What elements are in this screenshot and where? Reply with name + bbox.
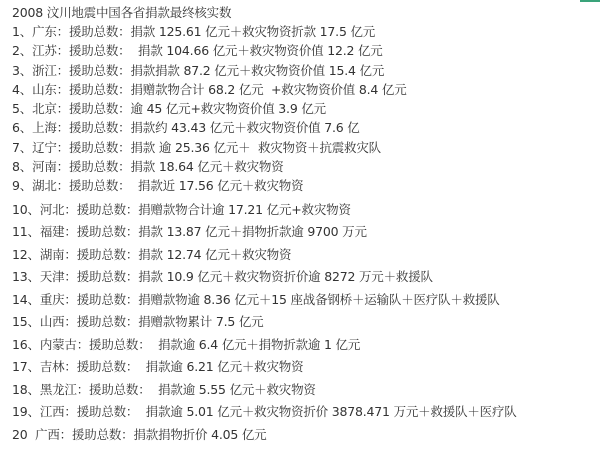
entry-index: 15、 xyxy=(12,314,40,329)
entry-row: 2、江苏：援助总数： 捐款 104.66 亿元＋救灾物资价值 12.2 亿元 xyxy=(12,41,600,60)
entry-detail: 捐款逾 6.21 亿元＋救灾物资 xyxy=(138,359,303,374)
entry-province: 重庆 xyxy=(40,292,65,307)
entry-province: 山东 xyxy=(32,82,57,97)
entry-province: 福建 xyxy=(40,224,65,239)
entry-detail: 捐款捐款 87.2 亿元＋救灾物资价值 15.4 亿元 xyxy=(131,63,385,78)
entry-index: 12、 xyxy=(12,247,40,262)
entry-province: 上海 xyxy=(32,120,57,135)
entry-detail: 捐款 125.61 亿元＋救灾物资折款 17.5 亿元 xyxy=(131,24,376,39)
entry-label: 援助总数： xyxy=(77,247,139,262)
entry-detail: 捐赠款物合计逾 17.21 亿元+救灾物资 xyxy=(138,202,351,217)
entry-separator: ： xyxy=(57,82,69,97)
entry-province: 广东 xyxy=(32,24,57,39)
entry-detail: 捐款 逾 25.36 亿元＋ 救灾物资＋抗震救灾队 xyxy=(131,140,381,155)
entry-index: 18、 xyxy=(12,382,40,397)
entry-index: 13、 xyxy=(12,269,40,284)
entry-separator: ： xyxy=(64,247,76,262)
entry-detail: 捐款近 17.56 亿元＋救灾物资 xyxy=(131,178,304,193)
entry-province: 江西 xyxy=(40,404,65,419)
entry-separator: ： xyxy=(64,314,76,329)
entry-province: 广西 xyxy=(35,427,60,442)
entry-province: 天津 xyxy=(40,269,65,284)
entry-detail: 捐赠款物合计 68.2 亿元 +救灾物资价值 8.4 亿元 xyxy=(131,82,407,97)
entry-detail: 捐款 104.66 亿元＋救灾物资价值 12.2 亿元 xyxy=(131,43,383,58)
entry-detail: 捐款逾 6.4 亿元＋捐物折款逾 1 亿元 xyxy=(151,337,361,352)
entry-label: 援助总数： xyxy=(69,63,131,78)
entry-separator: ： xyxy=(57,159,69,174)
entry-label: 援助总数： xyxy=(77,202,139,217)
entry-label: 援助总数： xyxy=(77,314,139,329)
entry-index: 9、 xyxy=(12,178,32,193)
entry-index: 5、 xyxy=(12,101,32,116)
entry-detail: 逾 45 亿元+救灾物资价值 3.9 亿元 xyxy=(131,101,326,116)
entry-label: 援助总数： xyxy=(69,24,131,39)
entry-detail: 捐款捐物折价 4.05 亿元 xyxy=(134,427,267,442)
entry-separator: ： xyxy=(57,178,69,193)
entry-index: 4、 xyxy=(12,82,32,97)
entry-index: 1、 xyxy=(12,24,32,39)
entry-label: 援助总数： xyxy=(69,178,131,193)
corner-accent-badge xyxy=(580,0,600,2)
entry-separator: ： xyxy=(57,43,69,58)
entry-row: 10、河北：援助总数：捐赠款物合计逾 17.21 亿元+救灾物资 xyxy=(12,199,600,222)
entry-row: 19、江西：援助总数： 捐款逾 5.01 亿元＋救灾物资折价 3878.471 … xyxy=(12,401,600,424)
entry-label: 援助总数： xyxy=(69,140,131,155)
entry-row: 16、内蒙古：援助总数： 捐款逾 6.4 亿元＋捐物折款逾 1 亿元 xyxy=(12,334,600,357)
entry-province: 辽宁 xyxy=(32,140,57,155)
entry-label: 援助总数： xyxy=(72,427,134,442)
entry-province: 吉林 xyxy=(40,359,65,374)
entry-index: 16、 xyxy=(12,337,40,352)
entry-label: 援助总数： xyxy=(77,269,139,284)
entry-detail: 捐款 18.64 亿元＋救灾物资 xyxy=(131,159,284,174)
entry-row: 1、广东：援助总数：捐款 125.61 亿元＋救灾物资折款 17.5 亿元 xyxy=(12,22,600,41)
entry-index: 17、 xyxy=(12,359,40,374)
entry-row: 8、河南：援助总数：捐款 18.64 亿元＋救灾物资 xyxy=(12,157,600,176)
document-body: 2008 汶川地震中国各省捐款最终核实数 1、广东：援助总数：捐款 125.61… xyxy=(12,3,600,446)
entry-separator: ： xyxy=(64,202,76,217)
entry-row: 5、北京：援助总数：逾 45 亿元+救灾物资价值 3.9 亿元 xyxy=(12,99,600,118)
entry-row: 9、湖北：援助总数： 捐款近 17.56 亿元＋救灾物资 xyxy=(12,176,600,195)
entry-label: 援助总数： xyxy=(89,382,151,397)
entry-province: 北京 xyxy=(32,101,57,116)
entry-index: 11、 xyxy=(12,224,40,239)
entry-province: 湖北 xyxy=(32,178,57,193)
entry-index: 8、 xyxy=(12,159,32,174)
entry-index: 20 xyxy=(12,427,35,442)
entry-label: 援助总数： xyxy=(69,120,131,135)
entry-index: 2、 xyxy=(12,43,32,58)
entry-row: 7、辽宁：援助总数：捐款 逾 25.36 亿元＋ 救灾物资＋抗震救灾队 xyxy=(12,138,600,157)
entry-separator: ： xyxy=(64,269,76,284)
entry-province: 黑龙江 xyxy=(40,382,77,397)
entry-separator: ： xyxy=(64,359,76,374)
entry-detail: 捐赠款物逾 8.36 亿元＋15 座战备钢桥＋运输队＋医疗队＋救援队 xyxy=(138,292,499,307)
entry-index: 3、 xyxy=(12,63,32,78)
entry-label: 援助总数： xyxy=(69,82,131,97)
entry-detail: 捐款 10.9 亿元＋救灾物资折价逾 8272 万元＋救援队 xyxy=(138,269,433,284)
entry-detail: 捐款约 43.43 亿元＋救灾物资价值 7.6 亿 xyxy=(131,120,360,135)
entry-province: 河南 xyxy=(32,159,57,174)
entry-separator: ： xyxy=(57,24,69,39)
entry-label: 援助总数： xyxy=(89,337,151,352)
entry-detail: 捐款逾 5.01 亿元＋救灾物资折价 3878.471 万元＋救援队＋医疗队 xyxy=(138,404,516,419)
entry-index: 14、 xyxy=(12,292,40,307)
entry-separator: ： xyxy=(57,63,69,78)
entry-separator: ： xyxy=(57,140,69,155)
entries-group-bottom: 10、河北：援助总数：捐赠款物合计逾 17.21 亿元+救灾物资 11、福建：援… xyxy=(12,199,600,447)
entry-row: 17、吉林：援助总数： 捐款逾 6.21 亿元＋救灾物资 xyxy=(12,356,600,379)
entry-row: 15、山西：援助总数：捐赠款物累计 7.5 亿元 xyxy=(12,311,600,334)
entry-separator: ： xyxy=(64,224,76,239)
entry-detail: 捐款 12.74 亿元＋救灾物资 xyxy=(138,247,291,262)
entry-row: 11、福建：援助总数：捐款 13.87 亿元＋捐物折款逾 9700 万元 xyxy=(12,221,600,244)
entry-index: 19、 xyxy=(12,404,40,419)
entry-label: 援助总数： xyxy=(77,224,139,239)
entry-detail: 捐赠款物累计 7.5 亿元 xyxy=(138,314,263,329)
entries-group-top: 1、广东：援助总数：捐款 125.61 亿元＋救灾物资折款 17.5 亿元 2、… xyxy=(12,22,600,196)
entry-index: 6、 xyxy=(12,120,32,135)
entry-row: 14、重庆：援助总数：捐赠款物逾 8.36 亿元＋15 座战备钢桥＋运输队＋医疗… xyxy=(12,289,600,312)
entry-detail: 捐款 13.87 亿元＋捐物折款逾 9700 万元 xyxy=(138,224,367,239)
entry-label: 援助总数： xyxy=(69,43,131,58)
entry-separator: ： xyxy=(57,120,69,135)
entry-label: 援助总数： xyxy=(69,101,131,116)
entry-separator: ： xyxy=(60,427,72,442)
document-title: 2008 汶川地震中国各省捐款最终核实数 xyxy=(12,3,600,22)
entry-province: 河北 xyxy=(40,202,65,217)
entry-separator: ： xyxy=(77,382,89,397)
entry-separator: ： xyxy=(77,337,89,352)
entry-province: 湖南 xyxy=(40,247,65,262)
entry-row: 13、天津：援助总数：捐款 10.9 亿元＋救灾物资折价逾 8272 万元＋救援… xyxy=(12,266,600,289)
entry-row: 12、湖南：援助总数：捐款 12.74 亿元＋救灾物资 xyxy=(12,244,600,267)
entry-separator: ： xyxy=(57,101,69,116)
entry-row: 6、上海：援助总数：捐款约 43.43 亿元＋救灾物资价值 7.6 亿 xyxy=(12,118,600,137)
entry-index: 10、 xyxy=(12,202,40,217)
entry-label: 援助总数： xyxy=(77,404,139,419)
entry-row: 20 广西：援助总数：捐款捐物折价 4.05 亿元 xyxy=(12,424,600,447)
entry-separator: ： xyxy=(64,292,76,307)
entry-row: 18、黑龙江：援助总数： 捐款逾 5.55 亿元＋救灾物资 xyxy=(12,379,600,402)
entry-province: 江苏 xyxy=(32,43,57,58)
entry-separator: ： xyxy=(64,404,76,419)
entry-index: 7、 xyxy=(12,140,32,155)
entry-label: 援助总数： xyxy=(77,292,139,307)
entry-row: 4、山东：援助总数：捐赠款物合计 68.2 亿元 +救灾物资价值 8.4 亿元 xyxy=(12,80,600,99)
entry-province: 内蒙古 xyxy=(40,337,77,352)
entry-province: 浙江 xyxy=(32,63,57,78)
entry-label: 援助总数： xyxy=(77,359,139,374)
entry-province: 山西 xyxy=(40,314,65,329)
entry-row: 3、浙江：援助总数：捐款捐款 87.2 亿元＋救灾物资价值 15.4 亿元 xyxy=(12,61,600,80)
entry-detail: 捐款逾 5.55 亿元＋救灾物资 xyxy=(151,382,316,397)
entry-label: 援助总数： xyxy=(69,159,131,174)
